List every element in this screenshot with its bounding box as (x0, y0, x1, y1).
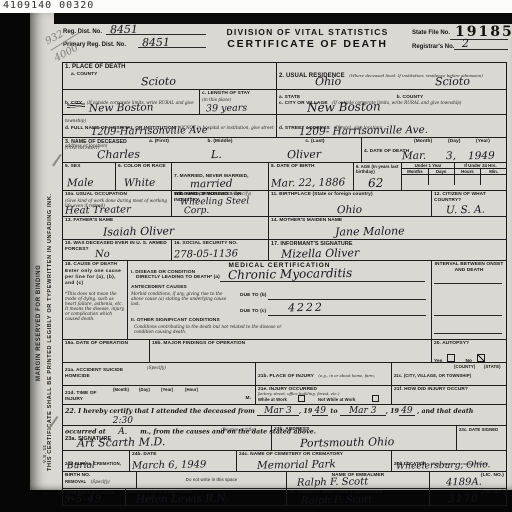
field-armed-forces: 15. WAS DECEASED EVER IN U. S. ARMED FOR… (63, 240, 171, 260)
scanner-top-strip: 4109140 00320 (0, 0, 512, 13)
reg-dist-value: 8451 (110, 23, 138, 36)
dod-month-label: (Month) (414, 139, 432, 145)
to-date-fill: Mar 3 (340, 406, 386, 416)
stay-value: 39 years (206, 103, 247, 115)
place-city-value: New Boston (89, 101, 154, 114)
antecedent-note: Morbid conditions, if any, giving rise t… (131, 291, 235, 306)
other-note: Conditions contributing to the death but… (134, 324, 284, 334)
citizen-value: U. S. A. (446, 204, 485, 217)
race-value: White (124, 177, 156, 190)
op-date-label: 19a. DATE OF OPERATION (65, 341, 147, 347)
mother-value: Jane Malone (335, 224, 405, 238)
field-physician-signature: 23a. SIGNATURE (Degree or title) Art Sca… (63, 426, 271, 450)
field-operation-date: 19a. DATE OF OPERATION (63, 340, 149, 362)
field-dob: 8. DATE OF BIRTH Mar. 22, 1886 (268, 163, 353, 190)
place-county-value: Scioto (141, 75, 176, 89)
ssn-value: 278-05-1136 (174, 248, 238, 260)
interval-label: INTERVAL BETWEEN ONSET AND DEATH (434, 262, 504, 274)
director-value: Ralph F. Scott (301, 494, 372, 506)
registrar-sig-value: Helen Lewis R.N. (136, 492, 229, 506)
injury-e-while-label: While at Work (258, 397, 287, 402)
field-length-of-stay: c. LENGTH OF STAY (in this place) 39 yea… (199, 90, 276, 114)
field-place-of-injury: 21b. PLACE OF INJURY (e.g., in or about … (255, 363, 391, 385)
row-certify-statement: 22. I hereby certify that I attended the… (63, 404, 506, 425)
field-director-lic: (LIC. NO.) 3170 (429, 489, 506, 505)
registrar-no-value: 2 (462, 37, 469, 50)
forces-value: No (95, 249, 110, 260)
field-medical-center: MEDICAL CERTIFICATION I. DISEASE OR COND… (127, 261, 431, 339)
row-address: d. FULL NAME OF HOSPITAL OR INSTITUTION … (63, 114, 506, 137)
under-24-hrs-header: If Under 24 Hrs. (455, 163, 506, 168)
row-city: b. CITY (If outside corporate limits, wr… (63, 89, 506, 114)
printed-19-b: , 19 (386, 408, 399, 415)
street-value: 1209- Harrisonville Ave. (299, 124, 428, 138)
field-cemetery: 24c. NAME OF CEMETERY OR CREMATORY Memor… (236, 451, 391, 471)
cause-title: 18. CAUSE OF DEATH (65, 262, 125, 268)
field-operation-findings: 19b. MAJOR FINDINGS OF OPERATION (149, 340, 431, 362)
field-injury-occurred: 21e. INJURY OCCURRED While at Work Not W… (255, 386, 391, 404)
field-street-address: d. STREET ADDRESS (If rural, give locati… (276, 115, 506, 137)
field-registrar-signature: REGISTRAR'S SIGNATURE Helen Lewis R.N. (125, 489, 286, 505)
field-funeral-director: 25. FUNERAL DIRECTOR'S SIGNATURE Ralph F… (286, 489, 429, 505)
pencil-numerator: 932 (44, 29, 66, 48)
injury-d-month: (Month) (113, 387, 129, 392)
row-name-dod: 3. NAME OF DECEASED (TYPE OR PRINT) a. (… (63, 137, 506, 162)
from-date-value: Mar 3 (264, 406, 291, 416)
field-citizen: 12. CITIZEN OF WHAT COUNTRY? U. S. A. (431, 191, 506, 216)
days-header: Days (429, 169, 455, 174)
field-accident-suicide-homicide: 21a. ACCIDENT SUICIDE HOMICIDE (Specify) (63, 363, 255, 385)
injury-d-day: (Day) (139, 387, 150, 392)
address-label: 23b. ADDRESS (274, 427, 454, 433)
field-certify-statement: 22. I hereby certify that I attended the… (63, 405, 506, 425)
due-c-line (268, 315, 426, 316)
field-father: 13. FATHER'S NAME Isaiah Oliver (63, 217, 268, 239)
months-cell (402, 175, 429, 185)
field-birth-no: BIRTH NO. (63, 472, 136, 488)
embalmer-lic-value: 4189A. (446, 477, 482, 489)
field-do-not-write: Do not write in this space (136, 472, 286, 488)
strikethrough-scribble (67, 103, 85, 108)
dod-year-label: (Year) (476, 139, 490, 145)
field-date-of-death: 4. DATE OF DEATH (Month) (Day) (Year) Ma… (361, 138, 506, 162)
physician-address-value: Portsmouth Ohio (300, 435, 395, 450)
row-forces-ssn-informant: 15. WAS DECEASED EVER IN U. S. ARMED FOR… (63, 239, 506, 260)
forces-label: 15. WAS DECEASED EVER IN U. S. ARMED FOR… (65, 241, 169, 253)
occupation-value: Heat Treater (65, 204, 131, 216)
field-age-subtable: Under 1 Year If Under 24 Hrs. Months Day… (401, 163, 506, 190)
interval-line-3 (434, 333, 502, 334)
row-injury-abc: 21a. ACCIDENT SUICIDE HOMICIDE (Specify)… (63, 362, 506, 385)
injury-e-label: 21e. INJURY OCCURRED (258, 387, 389, 393)
field-residence-city: c. CITY OR VILLAGE (If outside corporate… (276, 90, 506, 114)
row-demographics: 5. SEX Male 6. COLOR OR RACE White 7. MA… (63, 162, 506, 190)
row-occupation: 10a. USUAL OCCUPATION (Give kind of work… (63, 190, 506, 216)
residence-county-value: Scioto (435, 75, 470, 89)
field-residence-state-county: 2. USUAL RESIDENCE (Where deceased lived… (276, 63, 506, 89)
op-findings-label: 19b. MAJOR FINDINGS OF OPERATION (152, 341, 429, 347)
injury-c-county-label: (COUNTY) (454, 364, 475, 369)
cemetery-value: Memorial Park (257, 458, 336, 471)
injury-c-state-label: (STATE) (484, 364, 501, 369)
scanned-death-certificate: { "scan": { "corner_id": "4109140 00320"… (0, 0, 512, 512)
field-name-last: c. (Last) Oliver (269, 138, 361, 162)
margin-binding-text: MARGIN RESERVED FOR BINDING (36, 265, 42, 381)
first-label: a. (First) (149, 139, 169, 145)
institution-value: 1209-Harrisonville Ave (91, 125, 208, 138)
state-file-line (450, 39, 508, 40)
citizen-label: 12. CITIZEN OF WHAT COUNTRY? (434, 192, 504, 204)
row-injury-def: 21d. TIME OF INJURY (Month) (Day) (Year)… (63, 385, 506, 404)
field-mother: 14. MOTHER'S MAIDEN NAME Jane Malone (268, 217, 506, 239)
informant-value: Mizella Oliver (281, 246, 359, 260)
first-name-value: Charles (97, 148, 140, 162)
father-value: Isaiah Oliver (103, 224, 174, 238)
sex-label: 5. SEX (65, 164, 113, 170)
field-interval: INTERVAL BETWEEN ONSET AND DEATH (431, 261, 506, 339)
field-birthplace: 11. BIRTHPLACE (State or foreign country… (268, 191, 431, 216)
due-b-label: DUE TO (b) (240, 293, 267, 299)
not-while-at-work-checkbox (372, 395, 379, 402)
embalmer-value: Ralph F. Scott (297, 476, 368, 488)
while-at-work-checkbox (298, 395, 305, 402)
stay-note: (in this place) (202, 97, 274, 102)
pencil-fraction: 932 4000 (41, 17, 88, 66)
dod-day-value: 3, (446, 150, 456, 162)
months-header: Months (402, 169, 429, 174)
code-stamp: 4222 (288, 301, 324, 315)
autopsy-no-checkbox-checked (477, 354, 485, 362)
due-b-line (268, 299, 426, 300)
certify-item-no: 22. (65, 408, 76, 415)
field-physician-address: 23b. ADDRESS Portsmouth Ohio (271, 426, 456, 450)
hours-cell (455, 175, 482, 185)
row-place-residence: 1. PLACE OF DEATH a. COUNTY Scioto 2. US… (63, 63, 506, 89)
field-institution: d. FULL NAME OF HOSPITAL OR INSTITUTION … (63, 115, 276, 137)
age-value: 62 (368, 176, 384, 190)
days-cell (429, 175, 455, 185)
middle-name-value: L. (211, 148, 222, 161)
min-cell (481, 175, 506, 185)
printed-19-a: , 19 (299, 408, 312, 415)
race-label: 6. COLOR OR RACE (118, 164, 169, 170)
division-title: DIVISION OF VITAL STATISTICS (215, 27, 400, 37)
date-signed-label: 23c. DATE SIGNED (459, 427, 504, 432)
row-medical-certification: 18. CAUSE OF DEATH Enter only one cause … (63, 260, 506, 339)
field-place-of-death-county: 1. PLACE OF DEATH a. COUNTY Scioto (63, 63, 276, 89)
dob-label: 8. DATE OF BIRTH (271, 164, 351, 170)
injury-a-label: 21a. ACCIDENT SUICIDE HOMICIDE (65, 368, 125, 380)
field-date-signed: 23c. DATE SIGNED (456, 426, 506, 450)
dob-value: Mar. 22, 1886 (271, 176, 346, 189)
certify-text-1: I hereby certify that I attended the dec… (78, 408, 255, 415)
certificate-form: 1. PLACE OF DEATH a. COUNTY Scioto 2. US… (62, 62, 507, 506)
marital-value: married (190, 178, 233, 191)
field-industry: 10b. KIND OF BUSINESS OR INDUSTRY Wheeli… (171, 191, 268, 216)
cause-footnote: *This does not mean the mode of dying, s… (65, 291, 125, 321)
field-burial-method: 24a. BURIAL, CREMATION, REMOVAL (Specify… (63, 451, 129, 471)
injury-d-meridiem: M. (245, 396, 251, 402)
last-label: c. (Last) (271, 139, 359, 145)
disease-value: Chronic Myocarditis (228, 266, 352, 282)
certify-text-2: to (330, 408, 337, 415)
degree-label: (Degree or title) (221, 427, 255, 432)
row-registrar: DATE REC'D BY LOCAL REG. 3-5-49 REGISTRA… (63, 488, 506, 505)
place-title: 1. PLACE OF DEATH (65, 64, 274, 72)
certify-text-3: , and that death (417, 408, 473, 415)
row-burial: 24a. BURIAL, CREMATION, REMOVAL (Specify… (63, 450, 506, 471)
middle-label: b. (Middle) (173, 139, 267, 145)
field-marital: 7. MARRIED, NEVER MARRIED, WIDOWED, DIVO… (171, 163, 268, 190)
mother-label: 14. MOTHER'S MAIDEN NAME (271, 218, 504, 224)
age-label: 9. AGE (In years last birthday) (356, 164, 399, 175)
field-time-of-injury: 21d. TIME OF INJURY (Month) (Day) (Year)… (63, 386, 255, 404)
cemetery-label: 24c. NAME OF CEMETERY OR CREMATORY (239, 452, 389, 458)
row-parents: 13. FATHER'S NAME Isaiah Oliver 14. MOTH… (63, 216, 506, 239)
burial-method-value: Burial (67, 461, 95, 471)
residence-state-value: Ohio (315, 75, 341, 88)
from-year-fill: 49 (312, 406, 328, 416)
to-year-value: 49 (401, 406, 412, 416)
field-injury-city-county-state: 21c. (CITY, VILLAGE, OR TOWNSHIP) (COUNT… (391, 363, 506, 385)
field-name-middle: b. (Middle) L. (171, 138, 269, 162)
field-burial-location: 24d. LOCATION (City, town, or county) (S… (391, 451, 506, 471)
field-date-received: DATE REC'D BY LOCAL REG. 3-5-49 (63, 489, 125, 505)
burial-location-value: Wheelersburg, Ohio. (396, 460, 491, 472)
residence-city-value: New Boston (307, 99, 381, 114)
physician-signature-value: Art Scarth M.D. (77, 435, 166, 450)
time-fill: 2:30 A. (108, 416, 138, 426)
last-name-value: Oliver (287, 148, 321, 162)
scan-corner-id: 4109140 00320 (3, 0, 94, 11)
injury-d-year: (Year) (161, 387, 173, 392)
burial-date-value: March 6, 1949 (132, 459, 207, 471)
autopsy-label: 20. AUTOPSY? (434, 341, 504, 347)
industry-value-2: Corp. (184, 206, 209, 216)
birthplace-value: Ohio (337, 204, 362, 216)
row-embalmer: BIRTH NO. Do not write in this space NAM… (63, 471, 506, 488)
birthplace-label: 11. BIRTHPLACE (State or foreign country… (271, 192, 429, 198)
to-date-value: Mar 3 (349, 406, 376, 416)
injury-d-hour: (Hour) (185, 387, 198, 392)
field-embalmer: NAME OF EMBALMER Ralph F. Scott (286, 472, 429, 488)
pencil-check-1 (52, 154, 61, 166)
primary-reg-value: 8451 (142, 36, 170, 49)
field-name-first: 3. NAME OF DECEASED (TYPE OR PRINT) a. (… (63, 138, 171, 162)
injury-f-label: 21f. HOW DID INJURY OCCUR? (394, 387, 504, 393)
field-burial-date: 24b. DATE March 6, 1949 (129, 451, 236, 471)
burial-date-label: 24b. DATE (132, 452, 234, 458)
do-not-write-label: Do not write in this space (139, 477, 284, 483)
field-cause-of-death-notes: 18. CAUSE OF DEATH Enter only one cause … (63, 261, 127, 339)
dod-year-value: 1949 (468, 150, 495, 162)
row-operation-autopsy: 19a. DATE OF OPERATION 19b. MAJOR FINDIN… (63, 339, 506, 362)
state-file-label: State File No. (412, 30, 450, 36)
field-place-city: b. CITY (If outside corporate limits, wr… (63, 90, 199, 114)
field-race: 6. COLOR OR RACE White (115, 163, 171, 190)
ssn-label: 16. SOCIAL SECURITY NO. (174, 241, 266, 247)
row-physician: 23a. SIGNATURE (Degree or title) Art Sca… (63, 425, 506, 450)
injury-a-note: (Specify) (147, 365, 166, 370)
under-1-year-header: Under 1 Year (402, 163, 455, 168)
dod-month-value: Mar. (402, 150, 426, 162)
certificate-title: CERTIFICATE OF DEATH (210, 38, 405, 50)
injury-e-notwhile-label: Not While at Work (318, 397, 355, 402)
injury-d-label: 21d. TIME OF INJURY (65, 391, 109, 403)
min-header: Min. (481, 169, 506, 174)
certificate-paper: OHIO DEPARTMENT OF HEALTH 932 4000 MARGI… (30, 13, 512, 490)
interval-line-1 (434, 283, 502, 284)
date-recd-value: 3-5-49 (64, 494, 102, 506)
due-c-label: DUE TO (c) (240, 309, 266, 315)
from-year-value: 49 (314, 406, 325, 416)
field-autopsy: 20. AUTOPSY? Yes No (431, 340, 506, 362)
cause-rule: Enter only one cause per line for (a), (… (65, 269, 125, 287)
field-occupation: 10a. USUAL OCCUPATION (Give kind of work… (63, 191, 171, 216)
disease-label-2: DIRECTLY LEADING TO DEATH* (a) (136, 275, 220, 281)
interval-line-2 (434, 315, 502, 316)
father-label: 13. FATHER'S NAME (65, 218, 266, 224)
field-ssn: 16. SOCIAL SECURITY NO. 278-05-1136 (171, 240, 268, 260)
injury-b-label: 21b. PLACE OF INJURY (258, 374, 314, 379)
form-code: V.S. 11 (42, 444, 47, 463)
field-age: 9. AGE (In years last birthday) 62 (353, 163, 401, 190)
registrar-no-label: Registrar's No. (412, 44, 454, 50)
to-year-fill: 49 (399, 406, 415, 416)
field-how-injury-occurred: 21f. HOW DID INJURY OCCUR? (391, 386, 506, 404)
autopsy-yes-checkbox (447, 354, 455, 362)
dod-day-label: (Day) (448, 139, 461, 145)
black-scan-bar (54, 13, 512, 24)
injury-c-label: 21c. (CITY, VILLAGE, OR TOWNSHIP) (394, 373, 471, 378)
director-lic-value: 3170 (448, 493, 479, 506)
field-sex: 5. SEX Male (63, 163, 115, 190)
hours-header: Hours (455, 169, 482, 174)
sex-value: Male (67, 177, 94, 189)
from-date-fill: Mar 3 (257, 406, 299, 416)
field-embalmer-lic: (LIC. NO.) 4189A. (429, 472, 506, 488)
field-informant: 17. INFORMANT'S SIGNATURE Mizella Oliver (268, 240, 506, 260)
birth-no-label: BIRTH NO. (65, 473, 134, 479)
